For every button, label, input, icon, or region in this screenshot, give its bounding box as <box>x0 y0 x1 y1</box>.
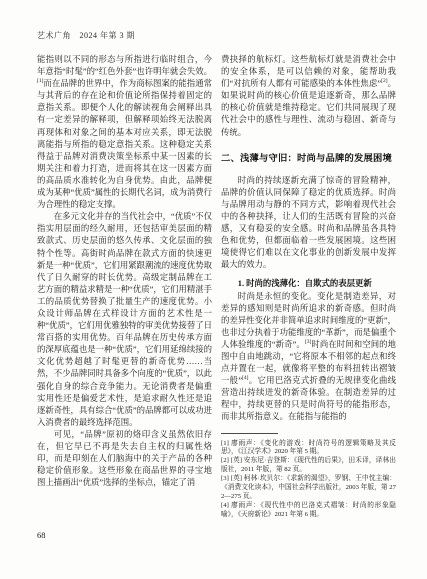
section-heading: 二、浅薄与守旧：时尚与品牌的发展困境 <box>221 152 396 164</box>
left-column-paragraphs: 能指则以不同的形态与所指进行临时组合，今年意指“时髦”的“红色外套”也许明年就会… <box>37 54 212 489</box>
page-number: 68 <box>37 530 46 540</box>
body-paragraph: 可见，“品牌”原初的烙印含义虽然依旧存在，但它早已不再是失去自主权的归属性烙印，… <box>37 429 212 489</box>
footnote: [2] [英] 安东尼·吉登斯：《现代性的后果》，田禾译，译林出版社，2011 … <box>221 457 396 475</box>
journal-page: 艺术广角 2024 年第 3 期 能指则以不同的形态与所指进行临时组合，今年意指… <box>0 0 427 579</box>
body-paragraph: 能指则以不同的形态与所指进行临时组合，今年意指“时髦”的“红色外套”也许明年就会… <box>37 54 212 211</box>
subsection-paragraphs: 时尚是永恒的变化。变化是制造差异，对差异的感知则是时尚所追求的新奇感。但时尚的差… <box>221 291 396 424</box>
footnote: [4] 廖雨声：《现代性中的巴洛克式褶皱：时尚的形象隐喻》，《天府新论》2021… <box>221 502 396 520</box>
right-column-lead-paragraphs: 费抉择的航标灯。这些航标灯就是消费社会中的安全体系，是可以信赖的对象，能帮助我们… <box>221 54 396 139</box>
text-columns: 能指则以不同的形态与所指进行临时组合，今年意指“时髦”的“红色外套”也许明年就会… <box>37 54 396 520</box>
body-paragraph: 时尚的持续逐新充满了惊奇的冒险精神，品牌的价值认同保障了稳定的优质选择。时尚与品… <box>221 175 396 272</box>
running-head: 艺术广角 2024 年第 3 期 <box>37 30 135 41</box>
footnote: [1] 廖雨声：《变化的游戏：时尚符号的逻辑策略及其反思》，《江汉学术》2020… <box>221 440 396 458</box>
footnotes: [1] 廖雨声：《变化的游戏：时尚符号的逻辑策略及其反思》，《江汉学术》2020… <box>221 440 396 520</box>
right-column: 费抉择的航标灯。这些航标灯就是消费社会中的安全体系，是可以信赖的对象，能帮助我们… <box>221 54 396 520</box>
footnote-marker: [4] <box>242 375 248 381</box>
body-paragraph: 时尚是永恒的变化。变化是制造差异，对差异的感知则是时尚所追求的新奇感。但时尚的差… <box>221 291 396 424</box>
footnote-marker: [3] <box>305 339 311 345</box>
body-paragraph: 在多元文化并存的当代社会中，“优质”不仅指实用层面的经久耐用，还包括审美层面的精… <box>37 211 212 429</box>
footnote-marker: [2] <box>381 78 387 84</box>
subsection-heading: 1. 时尚的浅薄化：自欺式的表层更新 <box>221 278 396 290</box>
footnote: [3] [英] 柯林·坎贝尔：《求新的渴望》，罗钢、王中忱主编：《消费文化读本》… <box>221 475 396 502</box>
section-paragraphs: 时尚的持续逐新充满了惊奇的冒险精神，品牌的价值认同保障了稳定的优质选择。时尚与品… <box>221 175 396 272</box>
left-column: 能指则以不同的形态与所指进行临时组合，今年意指“时髦”的“红色外套”也许明年就会… <box>37 54 212 520</box>
footnote-marker: [1] <box>37 78 43 84</box>
footnote-separator <box>221 433 278 434</box>
body-paragraph: 费抉择的航标灯。这些航标灯就是消费社会中的安全体系，是可以信赖的对象，能帮助我们… <box>221 54 396 139</box>
